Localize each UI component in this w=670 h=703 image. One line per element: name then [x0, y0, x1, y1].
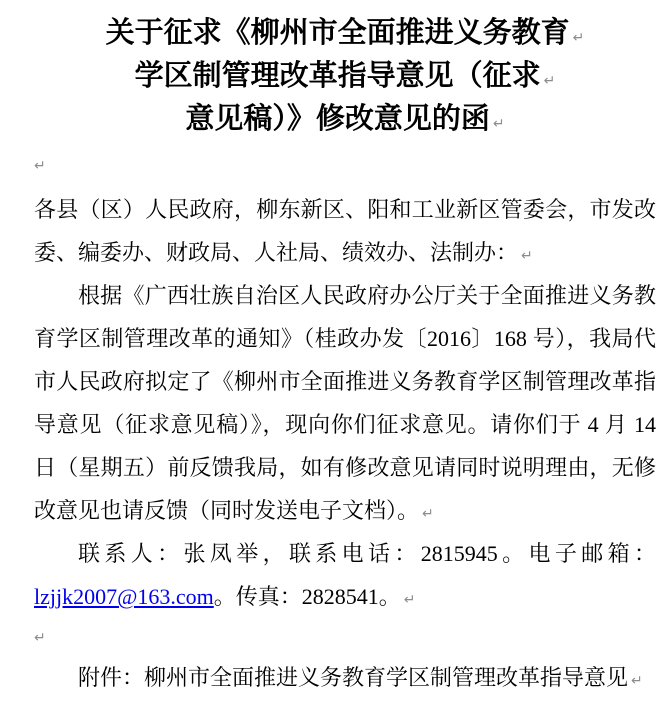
attachment-text: 附件：柳州市全面推进义务教育学区制管理改革指导意见	[78, 665, 628, 690]
main-line-5: 日（星期五）前反馈我局，如有修改意见请同时说明理由，无修	[34, 446, 656, 489]
title-line-2-text: 学区制管理改革指导意见（征求	[135, 60, 541, 92]
paragraph-mark: ↵	[34, 158, 46, 174]
paragraph-mark: ↵	[631, 673, 643, 689]
document-title: 关于征求《柳州市全面推进义务教育↵ 学区制管理改革指导意见（征求↵ 意见稿）》修…	[34, 12, 656, 141]
fax-text: 。传真：2828541。	[214, 584, 401, 609]
main-line-2: 育学区制管理改革的通知》（桂政办发〔2016〕168 号），我局代	[34, 317, 656, 360]
contact-paragraph: 联系人：张凤举，联系电话：2815945。电子邮箱： lzjjk2007@163…	[34, 532, 656, 618]
paragraph-mark: ↵	[422, 506, 434, 522]
title-line-1: 关于征求《柳州市全面推进义务教育↵	[34, 12, 656, 55]
main-line-4: 导意见（征求意见稿）》，现向你们征求意见。请你们于 4 月 14	[34, 403, 656, 446]
email-link[interactable]: lzjjk2007@163.com	[34, 584, 214, 609]
title-line-2: 学区制管理改革指导意见（征求↵	[34, 55, 656, 98]
main-line-6-text: 改意见也请反馈（同时发送电子文档）。	[34, 498, 419, 523]
title-line-1-text: 关于征求《柳州市全面推进义务教育	[106, 17, 570, 49]
recipients-line-2-text: 委、编委办、财政局、人社局、绩效办、法制办：	[34, 240, 518, 265]
attachment-line: 附件：柳州市全面推进义务教育学区制管理改革指导意见↵	[34, 656, 656, 699]
line-break-mark: ↵	[544, 73, 556, 89]
contact-line-1: 联系人：张凤举，联系电话：2815945。电子邮箱：	[34, 532, 656, 575]
title-line-3-text: 意见稿）》修改意见的函	[185, 103, 490, 135]
document-page: 关于征求《柳州市全面推进义务教育↵ 学区制管理改革指导意见（征求↵ 意见稿）》修…	[0, 0, 670, 703]
line-break-mark: ↵	[493, 116, 505, 132]
recipients-line-2: 委、编委办、财政局、人社局、绩效办、法制办：↵	[34, 231, 656, 274]
paragraph-mark: ↵	[404, 592, 416, 608]
main-line-3: 市人民政府拟定了《柳州市全面推进义务教育学区制管理改革指	[34, 360, 656, 403]
main-paragraph: 根据《广西壮族自治区人民政府办公厅关于全面推进义务教 育学区制管理改革的通知》（…	[34, 274, 656, 532]
main-line-6: 改意见也请反馈（同时发送电子文档）。↵	[34, 489, 656, 532]
empty-paragraph: ↵	[34, 618, 656, 656]
line-break-mark: ↵	[573, 30, 585, 46]
recipients-paragraph: 各县（区）人民政府，柳东新区、阳和工业新区管委会，市发改 委、编委办、财政局、人…	[34, 188, 656, 274]
empty-paragraph: ↵	[34, 141, 656, 188]
paragraph-mark: ↵	[34, 630, 46, 646]
main-line-1: 根据《广西壮族自治区人民政府办公厅关于全面推进义务教	[34, 274, 656, 317]
title-line-3: 意见稿）》修改意见的函↵	[34, 98, 656, 141]
recipients-line-1: 各县（区）人民政府，柳东新区、阳和工业新区管委会，市发改	[34, 188, 656, 231]
paragraph-mark: ↵	[521, 248, 533, 264]
contact-line-2: lzjjk2007@163.com。传真：2828541。↵	[34, 575, 656, 618]
